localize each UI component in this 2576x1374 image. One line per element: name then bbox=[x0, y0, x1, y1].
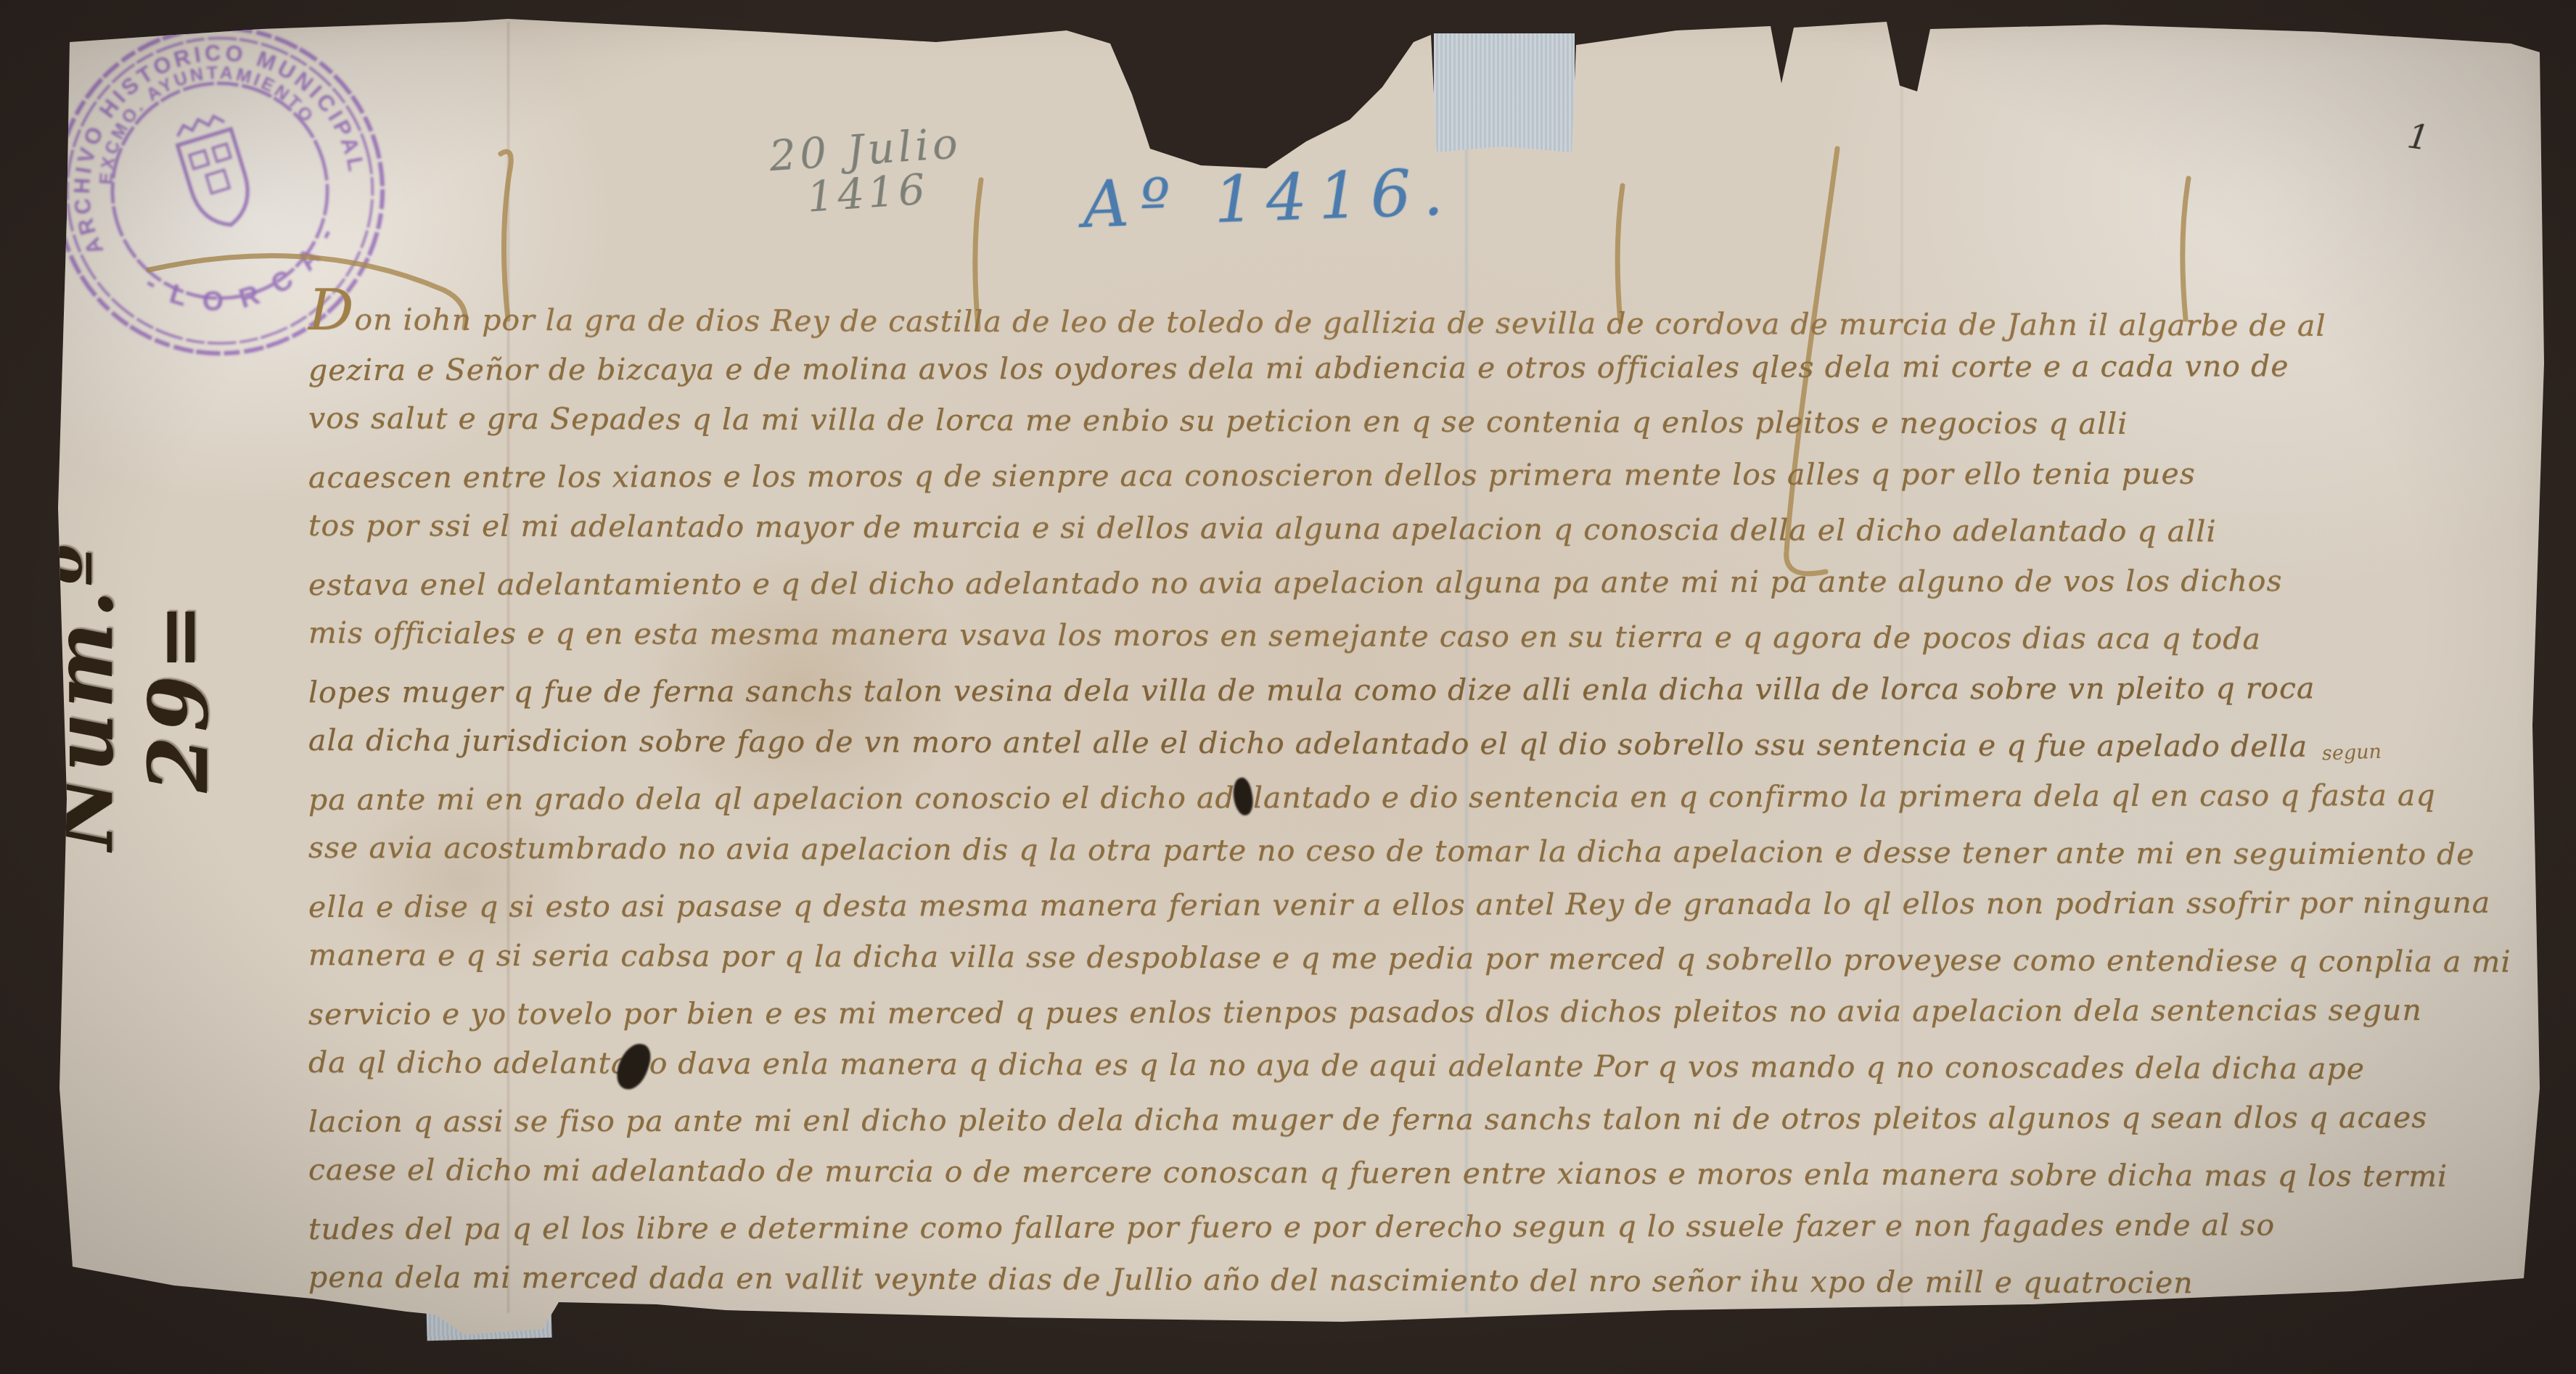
manuscript-line: lacion q assi se fiso pa ante mi enl dic… bbox=[308, 1090, 2530, 1148]
manuscript-line: acaescen entre los xianos e los moros q … bbox=[308, 446, 2530, 504]
manuscript-line: pa ante mi en grado dela ql apelacion co… bbox=[308, 768, 2530, 826]
pencil-date-year: 1416 bbox=[805, 162, 966, 222]
manuscript-line: sse avia acostumbrado no avia apelacion … bbox=[308, 820, 2530, 881]
manuscript-line: manera e q si seria cabsa por q la dicha… bbox=[308, 928, 2530, 989]
backing-cloth-top-patch bbox=[1434, 33, 1575, 155]
manuscript-line: gezira e Señor de bizcaya e de molina av… bbox=[308, 339, 2530, 397]
manuscript-text-block: Don iohn por la gra de dios Rey de casti… bbox=[308, 287, 2530, 1307]
manuscript-line: pena dela mi merced dada en vallit veynt… bbox=[308, 1250, 2530, 1311]
pencil-date-annotation: 20 Julio 1416 bbox=[768, 118, 966, 224]
manuscript-line: vos salut e gra Sepades q la mi villa de… bbox=[308, 391, 2530, 452]
manuscript-line: Don iohn por la gra de dios Rey de casti… bbox=[308, 284, 2530, 345]
manuscript-line: servicio e yo tovelo por bien e es mi me… bbox=[308, 983, 2530, 1041]
manuscript-line: estava enel adelantamiento e q del dicho… bbox=[308, 554, 2530, 612]
folio-number-mark: 1 bbox=[2405, 116, 2432, 158]
manuscript-line: tos por ssi el mi adelantado mayor de mu… bbox=[308, 498, 2530, 559]
manuscript-line: ella e dise q si esto asi pasase q desta… bbox=[308, 876, 2530, 934]
blue-year-annotation: Aº 1416. bbox=[1081, 155, 1456, 242]
photograph-background: ARCHIVO HISTORICO MUNICIPAL EXCMO. AYUNT… bbox=[0, 0, 2576, 1374]
parchment-sheet: ARCHIVO HISTORICO MUNICIPAL EXCMO. AYUNT… bbox=[0, 0, 2576, 1374]
manuscript-line: ala dicha jurisdicion sobre fago de vn m… bbox=[308, 713, 2530, 774]
manuscript-line: caese el dicho mi adelantado de murcia o… bbox=[308, 1143, 2530, 1204]
manuscript-line: mis officiales e q en esta mesma manera … bbox=[308, 606, 2530, 667]
stamp-coat-of-arms bbox=[172, 111, 258, 233]
margin-shelfmark-label: Núm.º 29= bbox=[36, 431, 145, 960]
manuscript-line: tudes del pa q el los libre e determine … bbox=[308, 1198, 2530, 1256]
manuscript-line: lopes muger q fue de ferna sanchs talon … bbox=[308, 661, 2530, 719]
